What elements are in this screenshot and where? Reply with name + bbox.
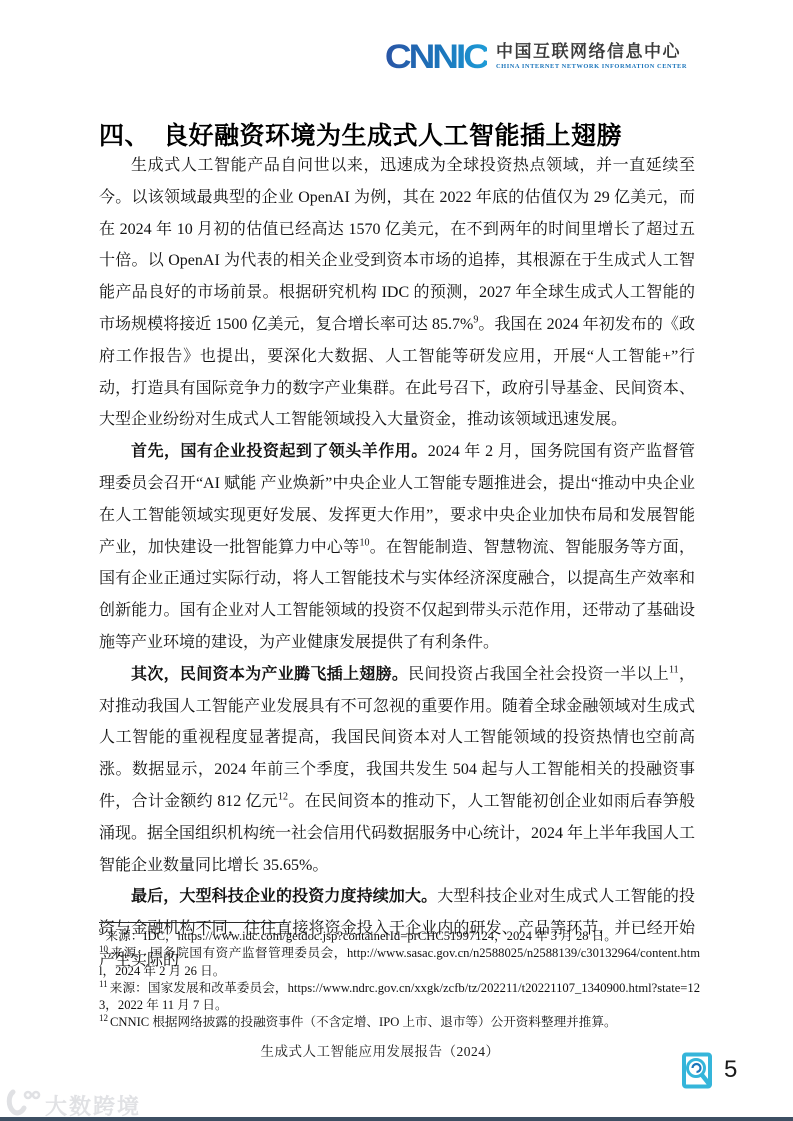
- footnote-number: 11: [99, 979, 108, 989]
- footnote-ref: 11: [669, 664, 679, 675]
- cnnic-logo: CNNIC 中国互联网络信息中心 CHINA INTERNET NETWORK …: [385, 38, 687, 75]
- paragraph-lead: 其次，民间资本为产业腾飞插上翅膀。: [131, 666, 408, 683]
- org-name-en: CHINA INTERNET NETWORK INFORMATION CENTE…: [496, 63, 687, 72]
- bottom-edge-bar: [0, 1117, 793, 1121]
- body-text: 生成式人工智能产品自问世以来，迅速成为全球投资热点领域，并一直延续至今。以该领域…: [99, 150, 695, 977]
- page-number: 5: [724, 1056, 737, 1084]
- paragraph: 生成式人工智能产品自问世以来，迅速成为全球投资热点领域，并一直延续至今。以该领域…: [99, 150, 695, 436]
- footnote-number: 9: [99, 927, 104, 937]
- paragraph-lead: 首先，国有企业投资起到了领头羊作用。: [131, 443, 428, 460]
- footnotes: 9来源：IDC，https://www.idc.com/getdoc.jsp?c…: [99, 928, 700, 1032]
- paragraph-lead: 最后，大型科技企业的投资力度持续加大。: [131, 888, 437, 905]
- footer-report-title: 生成式人工智能应用发展报告（2024）: [0, 1040, 760, 1060]
- footnote-ref: 10: [359, 537, 369, 548]
- paragraph: 其次，民间资本为产业腾飞插上翅膀。民间投资占我国全社会投资一半以上11，对推动我…: [99, 659, 695, 882]
- footnote-ref: 12: [278, 792, 288, 803]
- footnote: 9来源：IDC，https://www.idc.com/getdoc.jsp?c…: [99, 928, 700, 945]
- footnote-ref: 9: [473, 315, 478, 326]
- footnote: 11来源：国家发展和改革委员会，https://www.ndrc.gov.cn/…: [99, 980, 700, 1015]
- section-title: 四、 良好融资环境为生成式人工智能插上翅膀: [99, 116, 699, 152]
- cnnic-org-names: 中国互联网络信息中心 CHINA INTERNET NETWORK INFORM…: [496, 41, 687, 71]
- footnote-separator: [99, 922, 287, 923]
- footnote: 12CNNIC 根据网络披露的投融资事件（不含定增、IPO 上市、退市等）公开资…: [99, 1014, 700, 1031]
- org-name-cn: 中国互联网络信息中心: [496, 41, 687, 62]
- document-page: CNNIC 中国互联网络信息中心 CHINA INTERNET NETWORK …: [0, 0, 793, 1121]
- footnote: 10来源：国务院国有资产监督管理委员会，http://www.sasac.gov…: [99, 945, 700, 980]
- magnifier-badge-icon: [682, 1051, 714, 1097]
- paragraph: 首先，国有企业投资起到了领头羊作用。2024 年 2 月，国务院国有资产监督管理…: [99, 436, 695, 659]
- footnote-number: 12: [99, 1013, 108, 1023]
- cnnic-wordmark: CNNIC: [385, 39, 487, 73]
- footnote-number: 10: [99, 944, 108, 954]
